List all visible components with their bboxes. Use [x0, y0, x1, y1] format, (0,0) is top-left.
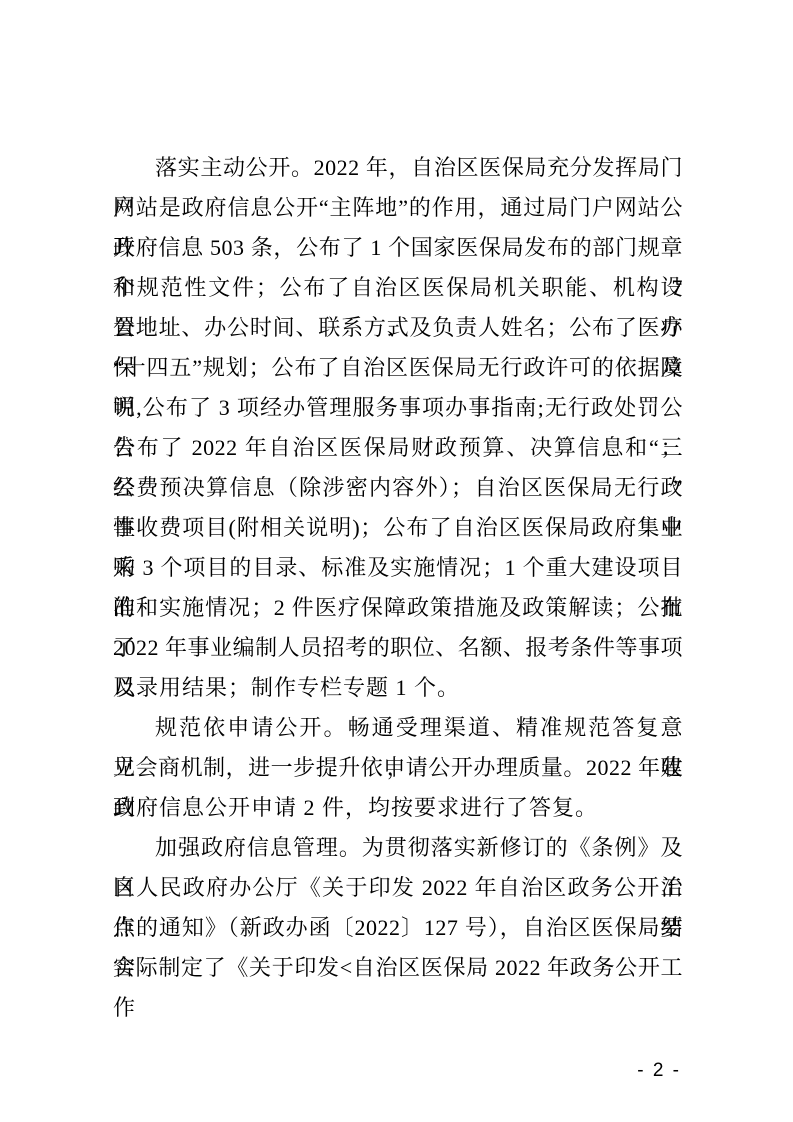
text-line: 购 3 个项目的目录、标准及实施情况；1 个重大建设项目的批: [113, 548, 683, 588]
text-line: 公布了 2022 年自治区医保局财政预算、决算信息和“三公”: [113, 428, 683, 468]
paragraph-info-management: 加强政府信息管理。为贯彻落实新修订的《条例》及自治 区人民政府办公厅《关于印发 …: [113, 828, 683, 988]
text-line: 政府信息 503 条，公布了 1 个国家医保局发布的部门规章和 7: [113, 228, 683, 268]
text-line: 及录用结果；制作专栏专题 1 个。: [113, 668, 683, 708]
page-number: - 2 -: [637, 1058, 681, 1084]
text-line: 明,公布了 3 项经办管理服务事项办事指南;无行政处罚公告；: [113, 388, 683, 428]
text-line: 性收费项目(附相关说明)；公布了自治区医保局政府集中采: [113, 508, 683, 548]
text-line: 点的通知》（新政办函〔2022〕127 号），自治区医保局结合: [113, 908, 683, 948]
text-line: 公地址、办公时间、联系方式及负责人姓名；公布了医疗保障: [113, 308, 683, 348]
document-page: 落实主动公开。2022 年，自治区医保局充分发挥局门户 网站是政府信息公开“主阵…: [0, 0, 793, 1122]
text-line: “十四五”规划；公布了自治区医保局无行政许可的依据及说: [113, 348, 683, 388]
text-line: 立会商机制，进一步提升依申请公开办理质量。2022 年收到: [113, 748, 683, 788]
text-line: 区人民政府办公厅《关于印发 2022 年自治区政务公开工作要: [113, 868, 683, 908]
text-line: 加强政府信息管理。为贯彻落实新修订的《条例》及自治: [113, 828, 683, 868]
text-line: 准和实施情况；2 件医疗保障政策措施及政策解读；公布了: [113, 588, 683, 628]
text-line: 政府信息公开申请 2 件，均按要求进行了答复。: [113, 788, 683, 828]
text-line: 经费预决算信息（除涉密内容外）；自治区医保局无行政事业: [113, 468, 683, 508]
text-line: 落实主动公开。2022 年，自治区医保局充分发挥局门户: [113, 148, 683, 188]
paragraph-active-disclosure: 落实主动公开。2022 年，自治区医保局充分发挥局门户 网站是政府信息公开“主阵…: [113, 148, 683, 708]
text-line: 2022 年事业编制人员招考的职位、名额、报考条件等事项以: [113, 628, 683, 668]
text-line: 个规范性文件；公布了自治区医保局机关职能、机构设置、办: [113, 268, 683, 308]
text-line: 规范依申请公开。畅通受理渠道、精准规范答复意见，建: [113, 708, 683, 748]
text-line: 网站是政府信息公开“主阵地”的作用，通过局门户网站公开: [113, 188, 683, 228]
document-body: 落实主动公开。2022 年，自治区医保局充分发挥局门户 网站是政府信息公开“主阵…: [113, 148, 683, 988]
paragraph-request-disclosure: 规范依申请公开。畅通受理渠道、精准规范答复意见，建 立会商机制，进一步提升依申请…: [113, 708, 683, 828]
text-line: 实际制定了《关于印发<自治区医保局 2022 年政务公开工作: [113, 948, 683, 988]
